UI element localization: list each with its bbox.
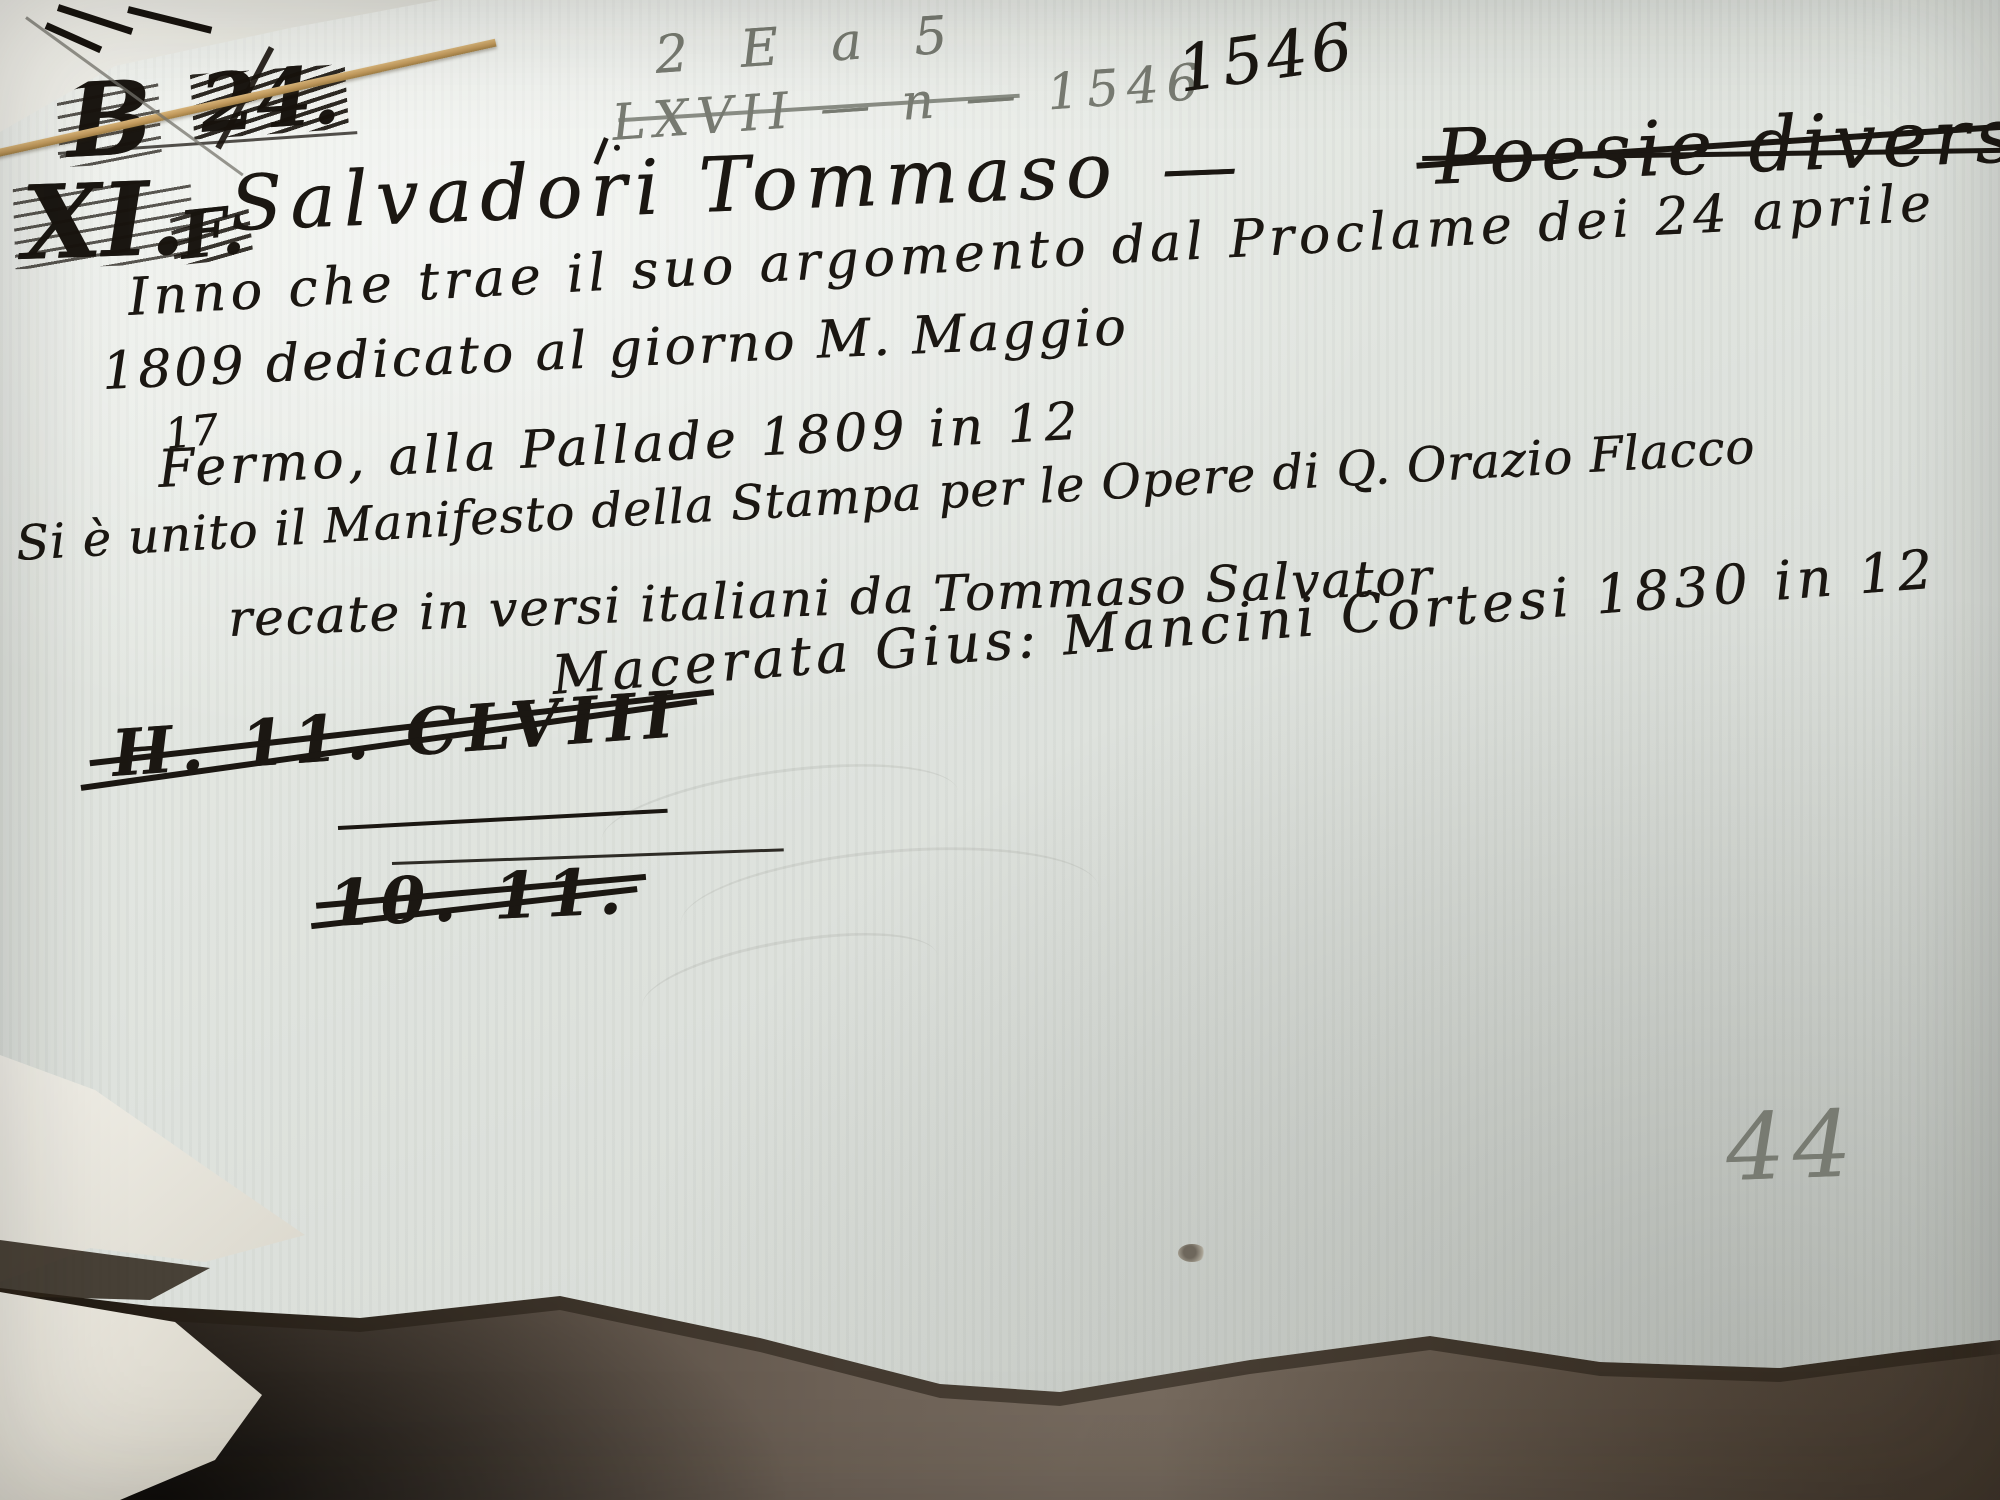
crossed-roman-numeral-xi: XI.	[20, 162, 186, 280]
old-shelfmark-1: H. 11. CLVIII	[110, 680, 684, 790]
paper-speck	[1178, 1244, 1206, 1262]
scribble-overlay	[13, 180, 194, 269]
old-shelfmark-2: 10. 11.	[326, 857, 630, 940]
ink-stroke-on-overlapping-sheet	[57, 4, 133, 35]
old-shelfmark-2-text: 10. 11.	[326, 857, 630, 940]
folio-number: 44	[1724, 1093, 1861, 1199]
old-shelfmark-1-text: H. 11. CLVIII	[110, 680, 684, 790]
photograph-of-handwritten-catalog-card: B 24. XI. F. 2 E a 5 LXVII — n — 1546 15…	[0, 0, 2000, 1500]
catalog-card-paper: B 24. XI. F. 2 E a 5 LXVII — n — 1546 15…	[0, 0, 2000, 1420]
ink-stroke-on-overlapping-sheet	[127, 6, 212, 34]
heading-dash: —	[1160, 123, 1247, 210]
ink-record-number: 1546	[1173, 11, 1360, 106]
